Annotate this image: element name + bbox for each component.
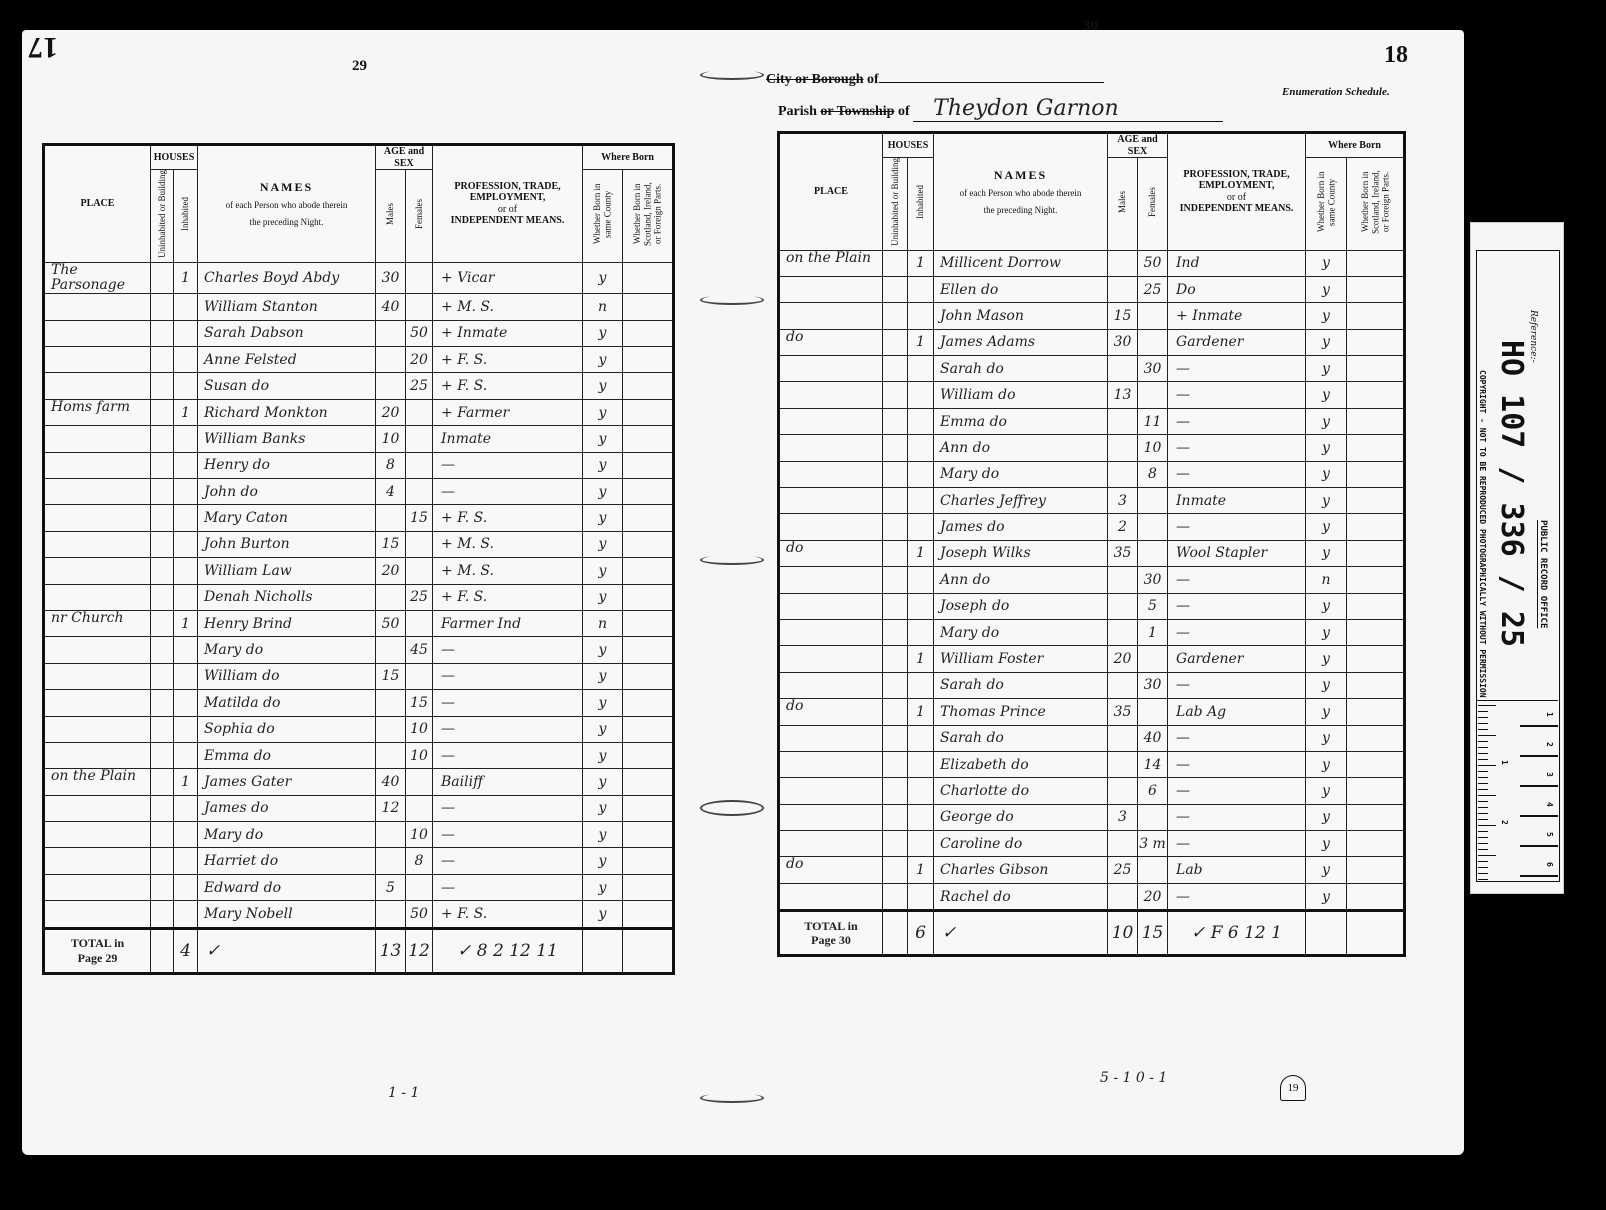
row-male-age (1108, 250, 1138, 276)
where-born-header: Where Born (1306, 133, 1405, 158)
profession-header: PROFESSION, TRADE, EMPLOYMENT, or of IND… (1168, 133, 1306, 251)
row-place (779, 831, 883, 857)
table-row: Emma do10—y (44, 742, 674, 768)
row-male-age (376, 320, 406, 346)
row-female-age: 10 (1138, 435, 1168, 461)
row-occupation: + F. S. (433, 901, 583, 928)
left-total-males: 13 (376, 928, 406, 973)
row-male-age (1108, 725, 1138, 751)
row-male-age (1108, 461, 1138, 487)
row-inhabited (174, 347, 198, 373)
row-female-age (406, 479, 433, 505)
row-born-foreign (623, 426, 674, 452)
row-place (44, 795, 151, 821)
row-occupation: — (1168, 382, 1306, 408)
row-place (44, 320, 151, 346)
right-folio-number: 30 (1083, 18, 1098, 35)
row-uninhabited (883, 778, 908, 804)
reference-ruler (1476, 700, 1558, 881)
right-total-label: TOTAL inPage 30 (779, 911, 883, 956)
row-name: Mary do (198, 822, 376, 848)
row-born-same-county: y (1306, 356, 1347, 382)
row-female-age: 20 (406, 347, 433, 373)
row-place (44, 874, 151, 900)
table-row: Rachel do20—y (779, 883, 1405, 910)
row-male-age (376, 716, 406, 742)
row-male-age: 40 (376, 769, 406, 795)
row-born-foreign (1347, 461, 1405, 487)
row-born-foreign (1347, 672, 1405, 698)
row-occupation: — (433, 742, 583, 768)
row-name: Sarah do (934, 725, 1108, 751)
right-total-males: 10 (1108, 911, 1138, 956)
row-born-same-county: y (583, 262, 623, 294)
row-uninhabited (151, 399, 174, 425)
same-county-header: Whether Born in same County (1306, 158, 1347, 251)
row-place (44, 294, 151, 320)
row-uninhabited (151, 637, 174, 663)
right-total-females: 15 (1138, 911, 1168, 956)
table-row: Elizabeth do14—y (779, 751, 1405, 777)
row-born-same-county: y (583, 769, 623, 795)
row-inhabited (908, 567, 934, 593)
row-male-age: 20 (1108, 646, 1138, 672)
row-female-age: 10 (406, 822, 433, 848)
table-row: Charles Jeffrey3Inmatey (779, 488, 1405, 514)
row-female-age: 50 (1138, 250, 1168, 276)
females-header: Females (406, 170, 433, 263)
row-inhabited (908, 356, 934, 382)
row-inhabited (908, 751, 934, 777)
row-occupation: + F. S. (433, 347, 583, 373)
row-occupation: Inmate (1168, 488, 1306, 514)
row-occupation: Lab (1168, 857, 1306, 883)
row-inhabited (908, 619, 934, 645)
row-born-foreign (623, 294, 674, 320)
reference-label: Reference:- (1528, 310, 1538, 363)
row-born-foreign (623, 399, 674, 425)
row-place (44, 531, 151, 557)
row-occupation: + Inmate (433, 320, 583, 346)
binding-stitch (700, 295, 764, 305)
row-name: Sarah do (934, 672, 1108, 698)
row-born-same-county: y (583, 479, 623, 505)
row-uninhabited (883, 276, 908, 302)
row-inhabited (908, 804, 934, 830)
table-row: James do12—y (44, 795, 674, 821)
row-born-foreign (1347, 804, 1405, 830)
table-row: Susan do25+ F. S.y (44, 373, 674, 399)
row-occupation: + Farmer (433, 399, 583, 425)
row-female-age (406, 610, 433, 636)
left-table-body: The Parsonage1Charles Boyd Abdy30+ Vicar… (44, 262, 674, 928)
row-uninhabited (883, 329, 908, 355)
left-below-note: 1 - 1 (388, 1085, 419, 1101)
row-born-same-county: y (583, 822, 623, 848)
row-uninhabited (883, 619, 908, 645)
left-total-occupation-note: ✓ 8 2 12 11 (433, 928, 583, 973)
row-female-age: 3 m (1138, 831, 1168, 857)
row-born-foreign (1347, 435, 1405, 461)
row-male-age: 8 (376, 452, 406, 478)
table-row: 1William Foster20Gardenery (779, 646, 1405, 672)
row-male-age: 4 (376, 479, 406, 505)
row-name: Charles Boyd Abdy (198, 262, 376, 294)
row-uninhabited (151, 320, 174, 346)
row-occupation: Gardener (1168, 646, 1306, 672)
row-male-age: 15 (1108, 303, 1138, 329)
row-place (779, 804, 883, 830)
row-born-foreign (1347, 857, 1405, 883)
row-inhabited (174, 294, 198, 320)
row-place (779, 488, 883, 514)
row-female-age: 25 (406, 584, 433, 610)
row-name: William do (934, 382, 1108, 408)
row-name: Denah Nicholls (198, 584, 376, 610)
row-born-same-county: y (1306, 699, 1347, 725)
row-born-foreign (1347, 356, 1405, 382)
table-row: Anne Felsted20+ F. S.y (44, 347, 674, 373)
row-female-age (1138, 540, 1168, 566)
table-row: William do15—y (44, 663, 674, 689)
row-uninhabited (883, 514, 908, 540)
row-born-foreign (1347, 329, 1405, 355)
row-female-age: 40 (1138, 725, 1168, 751)
row-inhabited (174, 822, 198, 848)
row-inhabited: 1 (174, 769, 198, 795)
row-male-age: 40 (376, 294, 406, 320)
left-total-label: TOTAL inPage 29 (44, 928, 151, 973)
row-uninhabited (883, 699, 908, 725)
row-uninhabited (151, 531, 174, 557)
row-born-same-county: y (1306, 382, 1347, 408)
row-inhabited (908, 593, 934, 619)
row-name: Henry do (198, 452, 376, 478)
row-name: James Gater (198, 769, 376, 795)
row-occupation: — (1168, 804, 1306, 830)
row-born-same-county: y (1306, 540, 1347, 566)
row-born-same-county: y (1306, 461, 1347, 487)
row-born-same-county: y (1306, 804, 1347, 830)
row-male-age (376, 373, 406, 399)
row-name: Edward do (198, 874, 376, 900)
row-occupation: + Inmate (1168, 303, 1306, 329)
row-name: Anne Felsted (198, 347, 376, 373)
row-uninhabited (151, 690, 174, 716)
row-born-foreign (623, 373, 674, 399)
row-name: John Burton (198, 531, 376, 557)
table-row: Homs farm1Richard Monkton20+ Farmery (44, 399, 674, 425)
row-occupation: — (1168, 514, 1306, 540)
row-name: Harriet do (198, 848, 376, 874)
right-total-row: TOTAL inPage 30 6 ✓ 10 15 ✓ F 6 12 1 (779, 911, 1405, 956)
row-born-foreign (1347, 778, 1405, 804)
row-place (779, 276, 883, 302)
row-place (44, 426, 151, 452)
place-header: PLACE (44, 145, 151, 263)
row-male-age (1108, 619, 1138, 645)
row-male-age: 5 (376, 874, 406, 900)
row-female-age: 30 (1138, 356, 1168, 382)
row-born-foreign (1347, 276, 1405, 302)
row-born-same-county: y (1306, 725, 1347, 751)
table-row: on the Plain1James Gater40Bailiffy (44, 769, 674, 795)
row-name: Ann do (934, 435, 1108, 461)
row-born-same-county: y (1306, 408, 1347, 434)
row-born-same-county: y (583, 320, 623, 346)
row-male-age (1108, 593, 1138, 619)
row-name: James do (934, 514, 1108, 540)
row-occupation: — (1168, 435, 1306, 461)
left-total-inhabited: 4 (174, 928, 198, 973)
row-female-age (1138, 488, 1168, 514)
row-uninhabited (883, 593, 908, 619)
row-female-age: 15 (406, 505, 433, 531)
row-place (44, 822, 151, 848)
table-row: William do13—y (779, 382, 1405, 408)
row-occupation: + F. S. (433, 505, 583, 531)
row-born-foreign (623, 320, 674, 346)
row-name: Thomas Prince (934, 699, 1108, 725)
row-female-age (406, 426, 433, 452)
age-sex-header: AGE and SEX (1108, 133, 1168, 158)
row-name: Charles Jeffrey (934, 488, 1108, 514)
row-inhabited (174, 479, 198, 505)
names-header: NAMES of each Person who abode therein t… (198, 145, 376, 263)
row-name: William Foster (934, 646, 1108, 672)
row-male-age (1108, 751, 1138, 777)
row-place: do (779, 857, 883, 883)
table-row: nr Church1Henry Brind50Farmer Indn (44, 610, 674, 636)
row-born-same-county: y (1306, 778, 1347, 804)
row-uninhabited (883, 883, 908, 910)
table-row: George do3—y (779, 804, 1405, 830)
row-name: Ann do (934, 567, 1108, 593)
row-born-same-county: y (583, 874, 623, 900)
row-born-foreign (1347, 646, 1405, 672)
binding-stitch (700, 555, 764, 565)
row-place (44, 347, 151, 373)
row-male-age (1108, 356, 1138, 382)
table-row: do1James Adams30Gardenery (779, 329, 1405, 355)
row-place: nr Church (44, 610, 151, 636)
row-name: Elizabeth do (934, 751, 1108, 777)
row-born-same-county: y (1306, 303, 1347, 329)
row-born-same-county: y (583, 399, 623, 425)
row-occupation: — (433, 479, 583, 505)
row-name: Joseph do (934, 593, 1108, 619)
row-male-age: 35 (1108, 540, 1138, 566)
uninhabited-header: Uninhabited or Building (151, 170, 174, 263)
row-born-foreign (623, 769, 674, 795)
row-inhabited (908, 514, 934, 540)
ruler-mark-top: 3 (1545, 772, 1554, 777)
ruler-mark-bottom: 2 (1500, 820, 1509, 825)
row-uninhabited (883, 303, 908, 329)
where-born-header: Where Born (583, 145, 674, 170)
row-born-same-county: y (583, 690, 623, 716)
row-inhabited (174, 426, 198, 452)
row-place (44, 716, 151, 742)
row-born-same-county: y (1306, 329, 1347, 355)
city-borough-line: City or Borough of (766, 72, 1104, 88)
row-female-age (406, 452, 433, 478)
row-place (44, 479, 151, 505)
binding-stitch (700, 70, 764, 80)
profession-header: PROFESSION, TRADE, EMPLOYMENT, or of IND… (433, 145, 583, 263)
row-occupation: — (1168, 408, 1306, 434)
row-female-age: 11 (1138, 408, 1168, 434)
row-place (44, 505, 151, 531)
row-female-age: 6 (1138, 778, 1168, 804)
row-place (44, 848, 151, 874)
row-female-age: 30 (1138, 567, 1168, 593)
row-born-same-county: y (1306, 250, 1347, 276)
row-male-age (376, 584, 406, 610)
row-born-foreign (1347, 408, 1405, 434)
row-female-age (406, 531, 433, 557)
row-inhabited (908, 672, 934, 698)
row-born-foreign (623, 663, 674, 689)
row-inhabited (174, 637, 198, 663)
row-inhabited (174, 663, 198, 689)
row-male-age: 30 (1108, 329, 1138, 355)
row-inhabited: 1 (174, 262, 198, 294)
reference-code: HO 107 / 336 / 25 (1494, 340, 1529, 647)
row-occupation: — (1168, 356, 1306, 382)
row-male-age (376, 742, 406, 768)
ruler-mark-top: 6 (1545, 862, 1554, 867)
row-inhabited: 1 (174, 399, 198, 425)
row-place (779, 751, 883, 777)
row-inhabited (908, 488, 934, 514)
row-born-foreign (1347, 725, 1405, 751)
row-uninhabited (151, 558, 174, 584)
row-male-age: 15 (376, 531, 406, 557)
row-uninhabited (151, 874, 174, 900)
row-born-same-county: y (1306, 514, 1347, 540)
row-name: John do (198, 479, 376, 505)
row-female-age (1138, 857, 1168, 883)
row-inhabited (174, 848, 198, 874)
row-place (779, 593, 883, 619)
inhabited-header: Inhabited (174, 170, 198, 263)
foreign-header: Whether Born in Scotland, Ireland, or Fo… (623, 170, 674, 263)
row-male-age: 35 (1108, 699, 1138, 725)
row-name: Caroline do (934, 831, 1108, 857)
row-born-foreign (1347, 619, 1405, 645)
row-born-foreign (623, 479, 674, 505)
table-row: William Banks10Inmatey (44, 426, 674, 452)
row-place (779, 356, 883, 382)
row-male-age (376, 505, 406, 531)
row-uninhabited (151, 479, 174, 505)
row-occupation: — (1168, 619, 1306, 645)
row-male-age: 12 (376, 795, 406, 821)
row-born-same-county: y (583, 637, 623, 663)
right-total-inhabited: 6 (908, 911, 934, 956)
row-uninhabited (883, 488, 908, 514)
row-born-same-county: y (1306, 831, 1347, 857)
row-uninhabited (151, 663, 174, 689)
row-uninhabited (883, 461, 908, 487)
row-name: Matilda do (198, 690, 376, 716)
row-place (779, 514, 883, 540)
row-occupation: — (433, 637, 583, 663)
left-census-table: PLACE HOUSES NAMES of each Person who ab… (42, 143, 675, 975)
row-name: Charles Gibson (934, 857, 1108, 883)
row-inhabited (908, 303, 934, 329)
row-born-foreign (623, 690, 674, 716)
row-place: do (779, 699, 883, 725)
ruler-mark-top: 4 (1545, 802, 1554, 807)
row-occupation: Inmate (433, 426, 583, 452)
row-place (779, 619, 883, 645)
row-born-same-county: n (1306, 567, 1347, 593)
row-place (779, 883, 883, 910)
parish-line: Parish or Township of Theydon Garnon (778, 96, 1223, 122)
table-row: Mary do45—y (44, 637, 674, 663)
row-name: Sarah do (934, 356, 1108, 382)
row-inhabited: 1 (908, 540, 934, 566)
row-male-age (376, 848, 406, 874)
left-total-females: 12 (406, 928, 433, 973)
row-female-age (1138, 804, 1168, 830)
row-female-age (1138, 514, 1168, 540)
table-row: Edward do5—y (44, 874, 674, 900)
row-male-age (376, 822, 406, 848)
row-name: Emma do (934, 408, 1108, 434)
table-row: Sarah Dabson50+ Inmatey (44, 320, 674, 346)
right-below-note: 5 - 1 0 - 1 (1100, 1070, 1167, 1086)
table-row: Sarah do30—y (779, 672, 1405, 698)
row-uninhabited (883, 831, 908, 857)
row-born-foreign (1347, 751, 1405, 777)
row-born-foreign (623, 531, 674, 557)
row-female-age (1138, 382, 1168, 408)
row-born-foreign (623, 874, 674, 900)
row-uninhabited (883, 567, 908, 593)
row-female-age (406, 663, 433, 689)
table-row: Matilda do15—y (44, 690, 674, 716)
row-male-age: 2 (1108, 514, 1138, 540)
row-male-age: 15 (376, 663, 406, 689)
table-row: Joseph do5—y (779, 593, 1405, 619)
row-born-same-county: y (1306, 435, 1347, 461)
row-male-age (1108, 408, 1138, 434)
row-born-foreign (623, 558, 674, 584)
row-name: George do (934, 804, 1108, 830)
row-inhabited (174, 452, 198, 478)
binding-stitch (700, 1093, 764, 1103)
row-male-age (1108, 435, 1138, 461)
row-born-same-county: y (1306, 751, 1347, 777)
row-female-age: 14 (1138, 751, 1168, 777)
row-place (779, 303, 883, 329)
ruler-mark-top: 1 (1545, 712, 1554, 717)
row-occupation: — (1168, 883, 1306, 910)
row-name: Henry Brind (198, 610, 376, 636)
row-born-same-county: y (583, 584, 623, 610)
left-folio-number: 29 (352, 58, 367, 75)
row-born-same-county: n (583, 294, 623, 320)
row-uninhabited (883, 646, 908, 672)
houses-header: HOUSES (151, 145, 198, 170)
row-born-same-county: y (583, 347, 623, 373)
row-male-age: 10 (376, 426, 406, 452)
row-name: William Banks (198, 426, 376, 452)
row-occupation: — (1168, 567, 1306, 593)
